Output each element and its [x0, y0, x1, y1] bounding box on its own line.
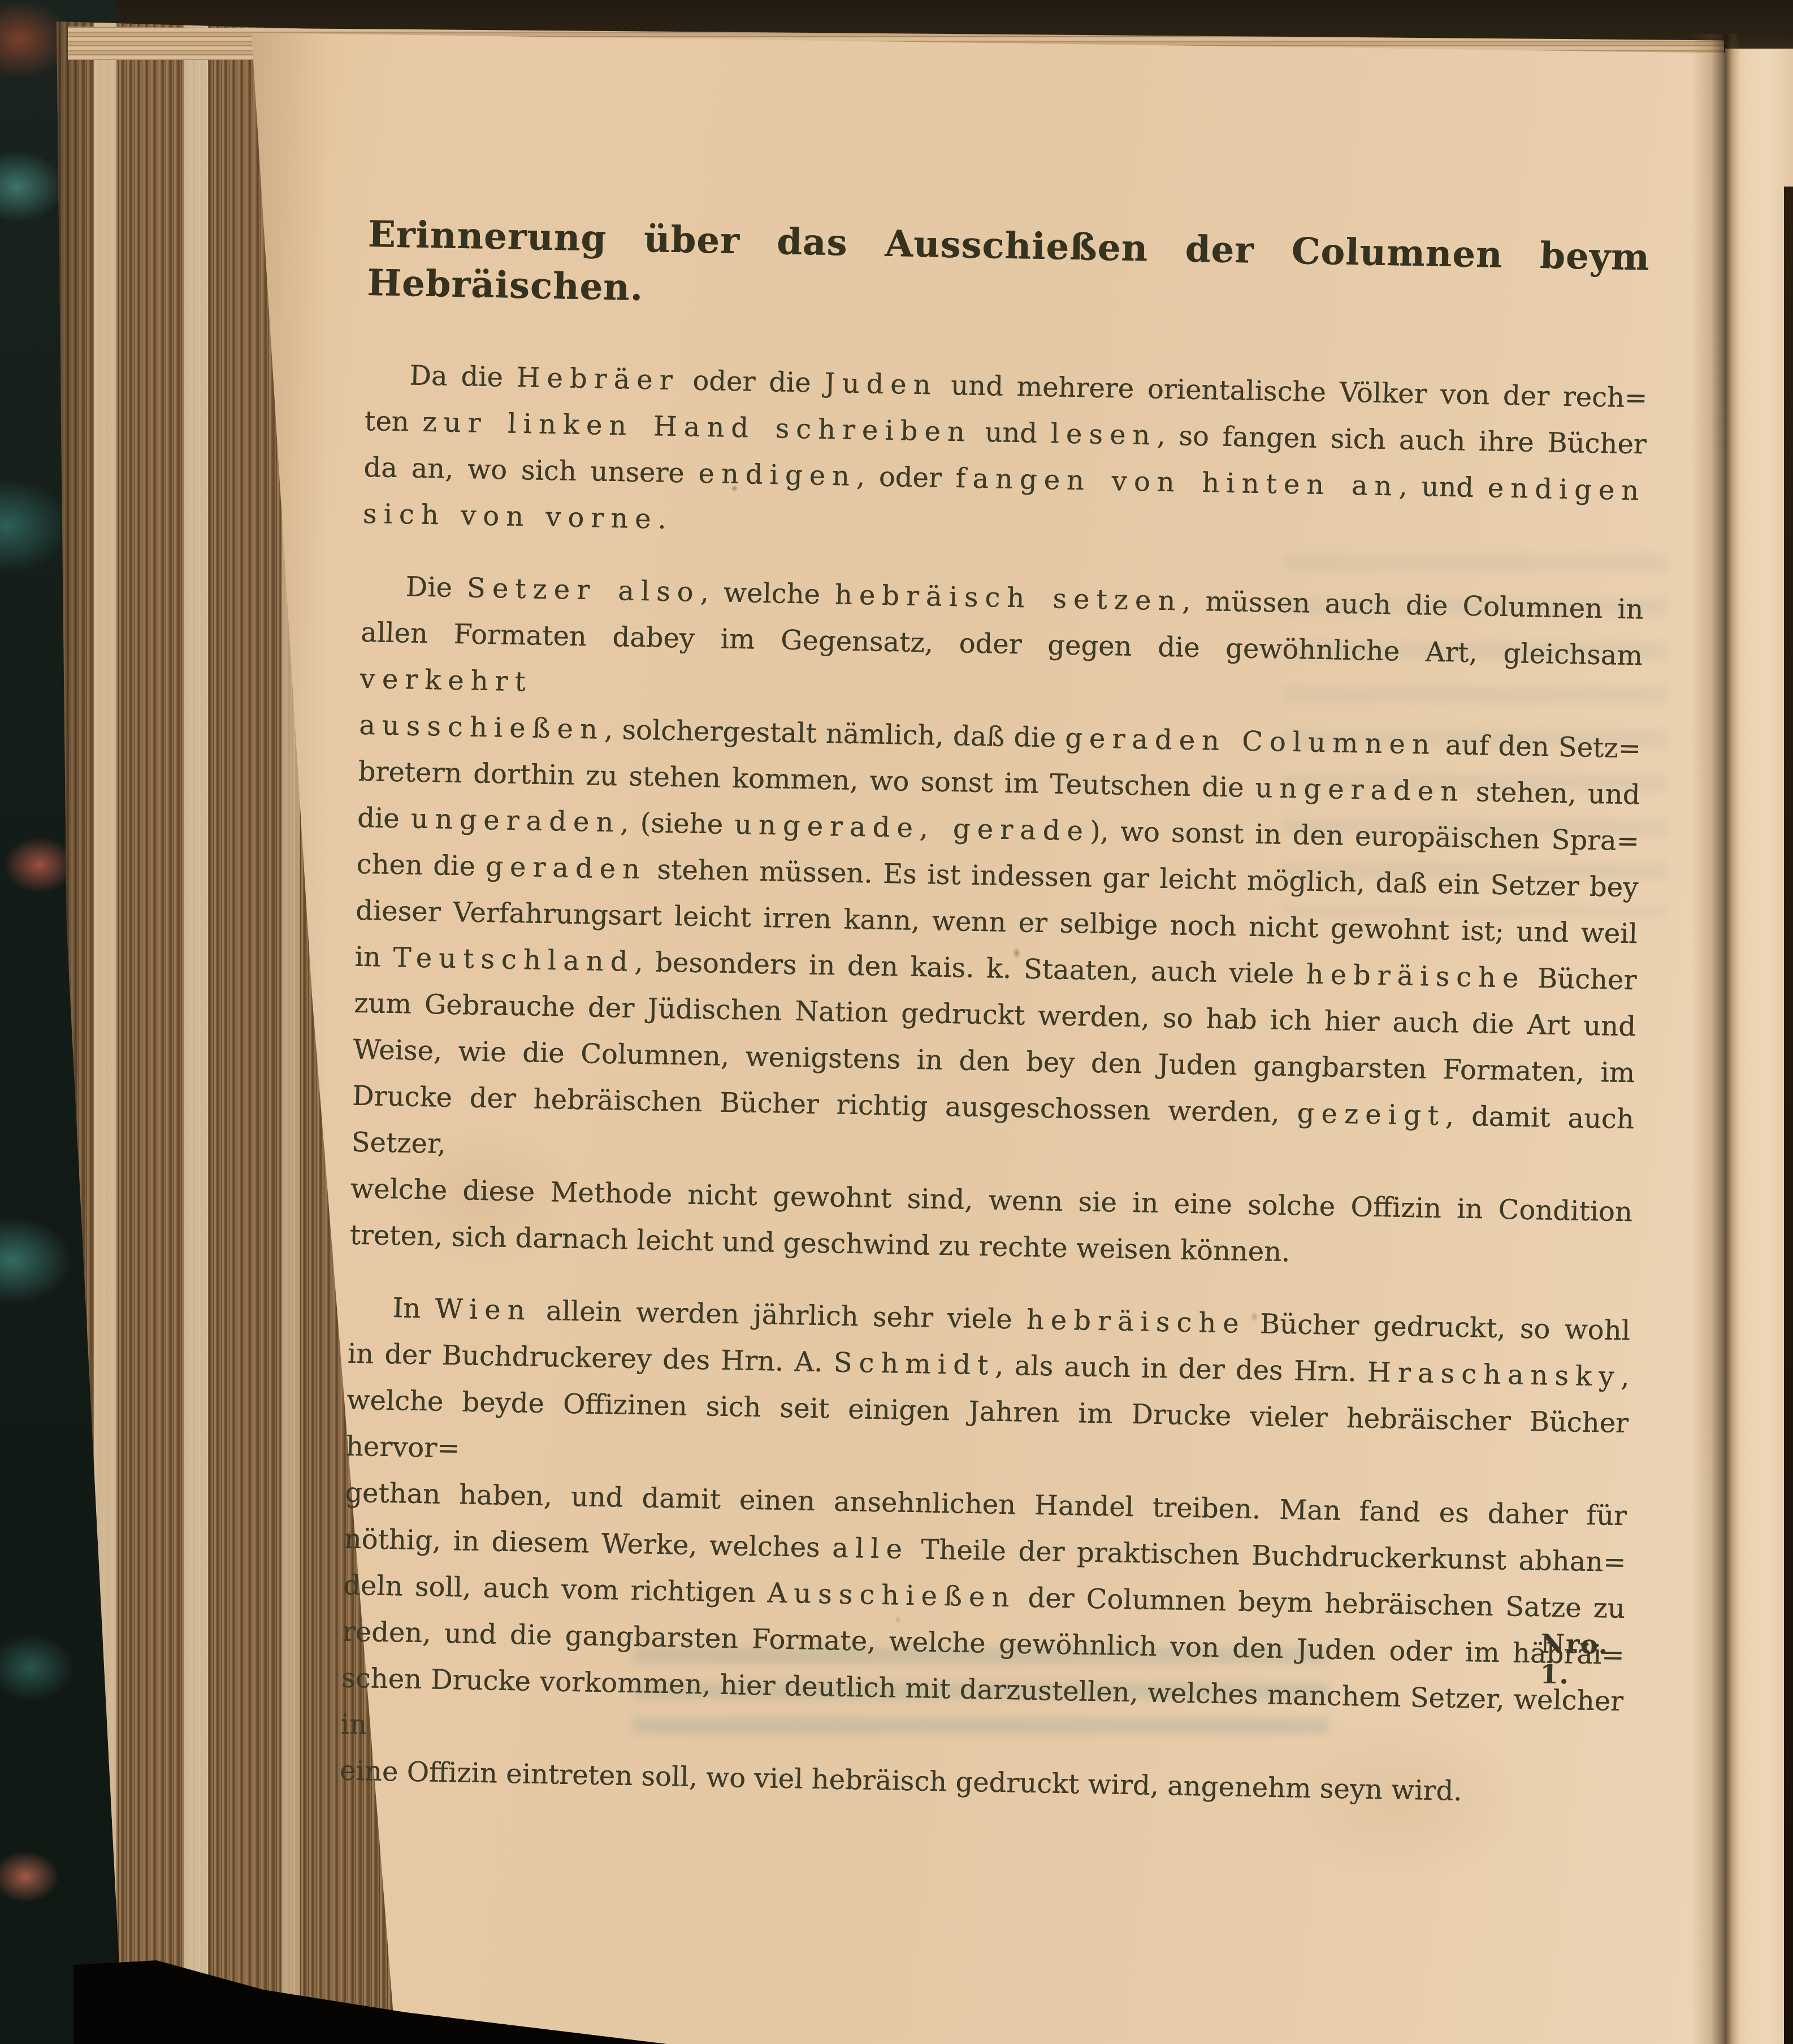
letterspaced-text: ausschießen: [359, 709, 605, 746]
paragraph: Die Setzer also, welche hebräisch setzen…: [349, 563, 1644, 1281]
signature-mark: Nro. 1.: [1540, 1628, 1625, 1691]
letterspaced-text: Hraschansky: [1367, 1357, 1621, 1393]
letterspaced-text: lesen: [1050, 418, 1157, 451]
letterspaced-text: Teutschland: [393, 942, 635, 978]
right-edge-shadow: [1784, 187, 1793, 2044]
letterspaced-text: sich von vorne.: [363, 498, 674, 535]
letterspaced-text: geraden: [486, 851, 647, 885]
letterspaced-text: Ausschießen: [767, 1577, 1016, 1613]
letterspaced-text: fangen von hinten an: [955, 462, 1399, 502]
paragraph: Da die Hebräer oder die Juden und mehrer…: [362, 352, 1648, 561]
letterspaced-text: ungeraden: [1255, 772, 1465, 808]
paragraph: In Wien allein werden jährlich sehr viel…: [340, 1284, 1631, 1817]
letterspaced-text: Juden: [824, 367, 938, 401]
letterspaced-text: gezeigt: [1297, 1097, 1445, 1132]
letterspaced-text: Wien: [435, 1293, 532, 1326]
letterspaced-text: Hebräer: [516, 362, 679, 396]
letterspaced-text: geraden Columnen: [1065, 722, 1437, 761]
book-photo: Erinnerung über das Ausschießen der Colu…: [0, 0, 1793, 2044]
letterspaced-text: ungeraden: [410, 803, 621, 839]
letterspaced-text: endigen: [1487, 472, 1645, 506]
paragraphs: Da die Hebräer oder die Juden und mehrer…: [340, 352, 1648, 1817]
letterspaced-text: alle: [832, 1532, 910, 1565]
letterspaced-text: Schmidt: [833, 1346, 995, 1381]
letterspaced-text: hebräische: [1306, 959, 1526, 994]
letterspaced-text: zur linken Hand schreiben: [422, 406, 972, 448]
letterspaced-text: Setzer also: [467, 572, 701, 608]
letterspaced-text: ungerade, gerade: [734, 809, 1090, 847]
letterspaced-text: endigen: [698, 458, 856, 492]
letterspaced-text: verkehrt: [360, 663, 532, 698]
page-text-block: Erinnerung über das Ausschießen der Colu…: [340, 210, 1651, 1817]
letterspaced-text: hebräische: [1026, 1304, 1246, 1340]
gutter-crease: [1691, 34, 1740, 2044]
letterspaced-text: hebräisch setzen: [835, 579, 1183, 617]
